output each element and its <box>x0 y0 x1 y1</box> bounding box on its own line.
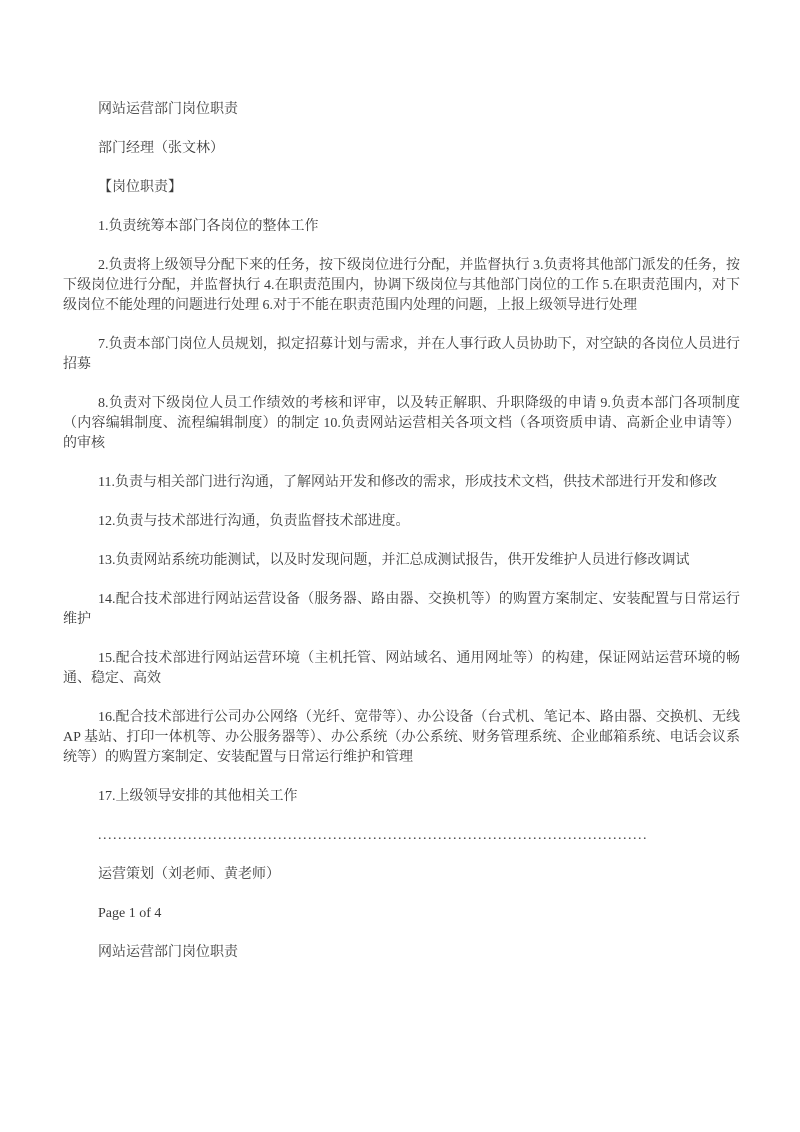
duty-paragraph: 1.负责统筹本部门各岗位的整体工作 <box>63 217 740 237</box>
duty-paragraph: 14.配合技术部进行网站运营设备（服务器、路由器、交换机等）的购置方案制定、安装… <box>63 590 740 630</box>
page-number: Page 1 of 4 <box>63 904 740 924</box>
duty-paragraph: 15.配合技术部进行网站运营环境（主机托管、网站域名、通用网址等）的构建，保证网… <box>63 649 740 689</box>
planning-line: 运营策划（刘老师、黄老师） <box>63 865 740 885</box>
duty-paragraph: 16.配合技术部进行公司办公网络（光纤、宽带等）、办公设备（台式机、笔记本、路由… <box>63 708 740 768</box>
document-page: 网站运营部门岗位职责 部门经理（张文林） 【岗位职责】 1.负责统筹本部门各岗位… <box>0 0 800 1132</box>
duty-paragraph: 2.负责将上级领导分配下来的任务，按下级岗位进行分配，并监督执行 3.负责将其他… <box>63 256 740 316</box>
duty-paragraph: 7.负责本部门岗位人员规划，拟定招募计划与需求，并在人事行政人员协助下，对空缺的… <box>63 335 740 375</box>
duty-paragraph: 13.负责网站系统功能测试，以及时发现问题，并汇总成测试报告，供开发维护人员进行… <box>63 551 740 571</box>
duty-paragraph: 8.负责对下级岗位人员工作绩效的考核和评审，以及转正解职、升职降级的申请 9.负… <box>63 394 740 454</box>
dotted-separator: ........................................… <box>63 826 740 846</box>
manager-line: 部门经理（张文林） <box>63 139 740 159</box>
duty-paragraph: 17.上级领导安排的其他相关工作 <box>63 787 740 807</box>
section-header: 【岗位职责】 <box>63 178 740 198</box>
doc-title: 网站运营部门岗位职责 <box>63 100 740 120</box>
next-page-title: 网站运营部门岗位职责 <box>63 943 740 963</box>
duty-paragraph: 12.负责与技术部进行沟通，负责监督技术部进度。 <box>63 512 740 532</box>
duty-paragraph: 11.负责与相关部门进行沟通，了解网站开发和修改的需求，形成技术文档，供技术部进… <box>63 473 740 493</box>
